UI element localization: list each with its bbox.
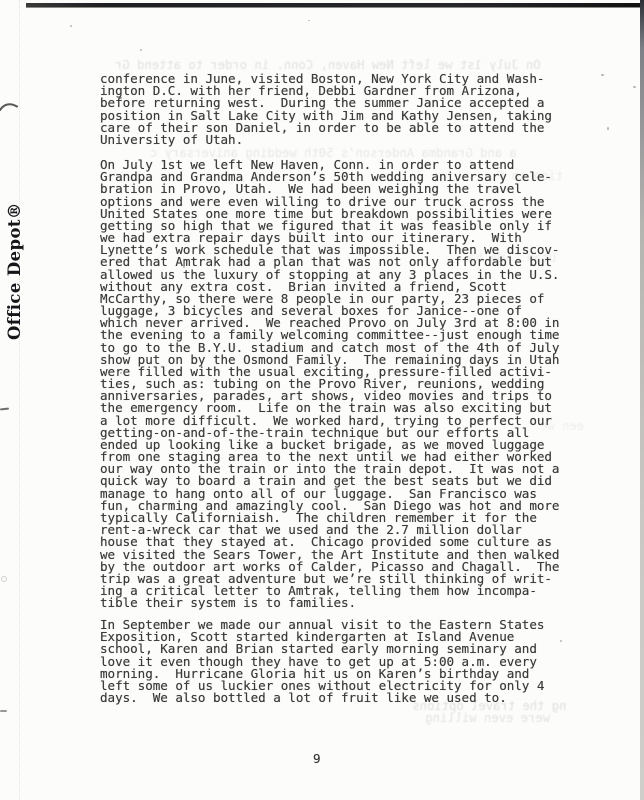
paragraph: In September we made our annual visit to…	[100, 619, 544, 704]
pen-mark	[0, 99, 20, 115]
scan-speck	[308, 20, 310, 21]
scan-speck	[70, 25, 72, 27]
left-edge-mark	[0, 710, 7, 712]
bleedthrough-text: On July 1st we left New Haven, Conn. in …	[115, 59, 541, 71]
left-edge-mark	[0, 407, 9, 410]
scan-speck	[560, 640, 562, 642]
scan-speck	[140, 49, 142, 51]
left-edge-mark	[1, 576, 7, 582]
paragraph: On July 1st we left New Haven, Conn. in …	[100, 159, 559, 609]
page-number: 9	[313, 751, 321, 766]
scan-speck	[601, 74, 604, 76]
right-scan-edge	[640, 0, 644, 800]
scan-speck	[607, 127, 609, 130]
bleedthrough-text: were even willing	[418, 712, 557, 724]
top-scan-edge	[26, 3, 644, 8]
office-depot-watermark: Office Depot®	[5, 194, 25, 340]
scan-speck	[633, 86, 636, 88]
paragraph: conference in June, visited Boston, New …	[100, 73, 552, 146]
scanned-page: Office Depot® conference in June, visite…	[0, 0, 644, 800]
perforation-line	[19, 0, 20, 800]
